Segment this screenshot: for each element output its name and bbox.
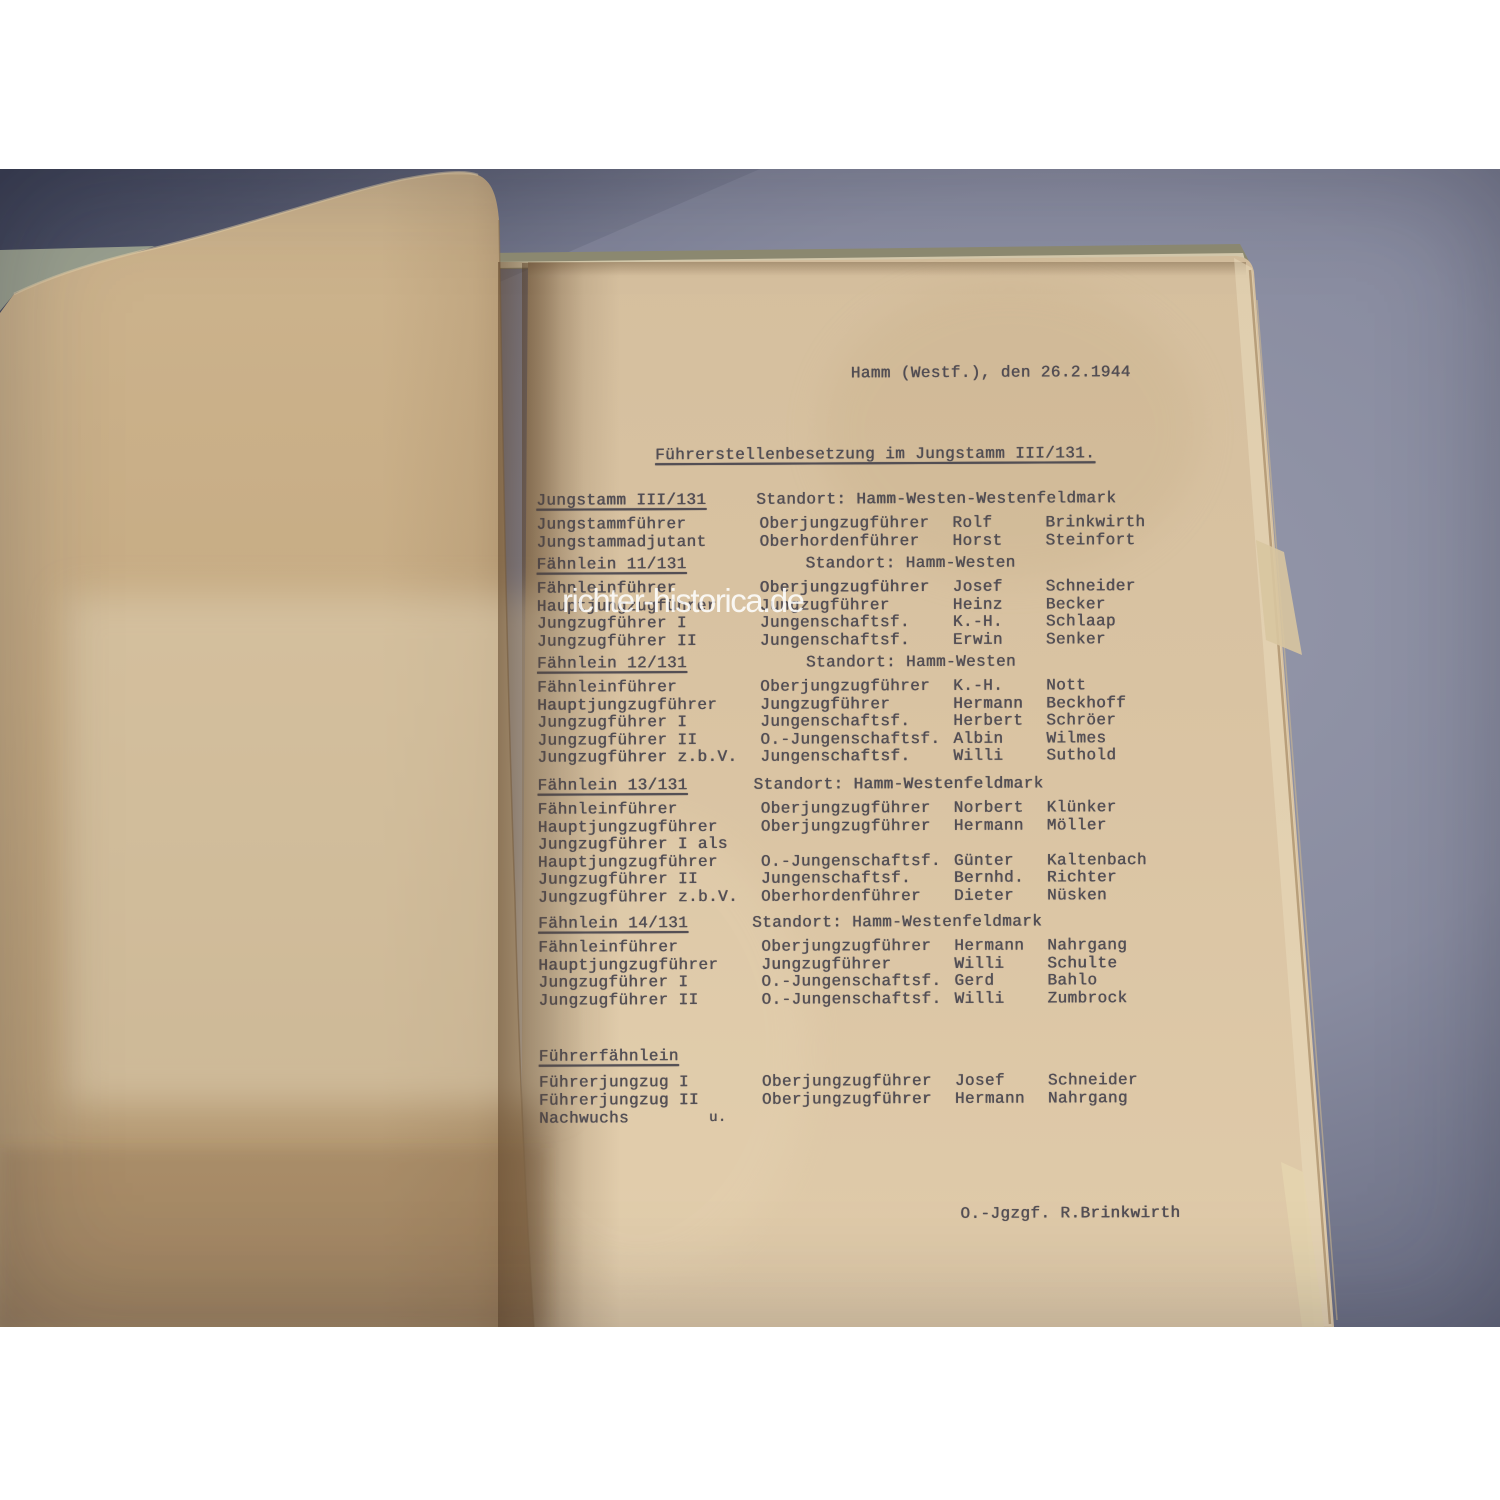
row-cell: Oberjungzugführer: [762, 1072, 932, 1091]
section-standort: Standort: Hamm-Westenfeldmark: [753, 775, 1043, 794]
row-cell: Schröer: [1046, 711, 1116, 729]
section-standort: Standort: Hamm-Westenfeldmark: [752, 913, 1042, 932]
row-cell: K.-H.: [953, 677, 1003, 695]
row-cell: Oberjungzugführer: [761, 817, 931, 836]
photo-canvas: Hamm (Westf.), den 26.2.1944Führerstelle…: [0, 0, 1500, 1500]
row-cell: Oberjungzugführer: [762, 1090, 932, 1109]
row-cell: Nüsken: [1047, 886, 1107, 904]
row-cell: Oberjungzugführer: [760, 677, 930, 696]
between-note: u.: [709, 1109, 727, 1127]
row-cell: Hermann: [954, 937, 1024, 955]
document-title: Führerstellenbesetzung im Jungstamm III/…: [655, 444, 1095, 464]
row-cell: Josef: [955, 1072, 1005, 1090]
row-cell: Möller: [1047, 816, 1107, 834]
signature: O.-Jgzgf. R.Brinkwirth: [960, 1204, 1180, 1223]
row-cell: Jungzugführer: [761, 955, 891, 974]
row-cell: Schlaap: [1046, 612, 1116, 630]
section-standort: Standort: Hamm-Westen: [806, 554, 1016, 573]
row-cell: Jungenschaftsf.: [761, 869, 911, 888]
row-cell: Dieter: [954, 887, 1014, 905]
row-cell: Oberhordenführer: [759, 532, 919, 551]
row-cell: Herbert: [953, 712, 1023, 730]
row-cell: Horst: [952, 532, 1002, 550]
row-cell: Richter: [1047, 868, 1117, 886]
row-cell: Steinfort: [1045, 531, 1135, 549]
row-cell: Günter: [954, 852, 1014, 870]
row-cell: Schneider: [1046, 577, 1136, 595]
row-cell: Bahlo: [1047, 971, 1097, 989]
row-cell: Nott: [1046, 676, 1086, 694]
row-cell: Schneider: [1048, 1071, 1138, 1089]
gutter-shade-overlay: [498, 262, 584, 1327]
row-cell: O.-Jungenschaftsf.: [761, 852, 941, 871]
row-cell: Heinz: [953, 596, 1003, 614]
row-cell: K.-H.: [953, 613, 1003, 631]
dateline: Hamm (Westf.), den 26.2.1944: [851, 363, 1131, 382]
row-cell: Erwin: [953, 631, 1003, 649]
row-cell: Albin: [953, 730, 1003, 748]
row-cell: Willi: [954, 955, 1004, 973]
row-cell: Suthold: [1046, 746, 1116, 764]
row-cell: Kaltenbach: [1047, 851, 1147, 869]
row-cell: Oberjungzugführer: [761, 799, 931, 818]
row-cell: O.-Jungenschaftsf.: [761, 990, 941, 1009]
row-cell: Hermann: [953, 695, 1023, 713]
row-cell: O.-Jungenschaftsf.: [761, 972, 941, 991]
row-cell: Jungenschaftsf.: [760, 631, 910, 650]
book-photo: Hamm (Westf.), den 26.2.1944Führerstelle…: [0, 169, 1500, 1327]
row-cell: O.-Jungenschaftsf.: [760, 730, 940, 749]
row-cell: Oberjungzugführer: [761, 937, 931, 956]
row-cell: Zumbrock: [1047, 989, 1127, 1007]
row-cell: Willi: [954, 990, 1004, 1008]
row-cell: Brinkwirth: [1045, 513, 1145, 531]
row-cell: Wilmes: [1046, 729, 1106, 747]
row-cell: Norbert: [954, 799, 1024, 817]
row-cell: Becker: [1046, 595, 1106, 613]
row-cell: Oberjungzugführer: [759, 514, 929, 533]
row-cell: Rolf: [952, 514, 992, 532]
row-cell: Jungzugführer: [760, 695, 890, 714]
row-cell: Schulte: [1047, 954, 1117, 972]
watermark: richter-historica.de: [562, 582, 803, 620]
row-cell: Nahrgang: [1047, 936, 1127, 954]
row-cell: Hermann: [955, 1090, 1025, 1108]
document-text: Hamm (Westf.), den 26.2.1944Führerstelle…: [0, 169, 1500, 1327]
row-cell: Beckhoff: [1046, 694, 1126, 712]
row-cell: Oberhordenführer: [761, 887, 921, 906]
row-cell: Willi: [953, 747, 1003, 765]
row-cell: Bernhd.: [954, 869, 1024, 887]
row-cell: Senker: [1046, 630, 1106, 648]
row-cell: Jungenschaftsf.: [760, 747, 910, 766]
row-cell: Nahrgang: [1048, 1089, 1128, 1107]
row-cell: Josef: [953, 578, 1003, 596]
section-standort: Standort: Hamm-Westen: [806, 653, 1016, 672]
row-cell: Hermann: [954, 817, 1024, 835]
row-cell: Jungenschaftsf.: [760, 712, 910, 731]
row-cell: Gerd: [954, 972, 994, 990]
row-cell: Klünker: [1047, 798, 1117, 816]
section-standort: Standort: Hamm-Westen-Westenfeldmark: [756, 489, 1116, 509]
